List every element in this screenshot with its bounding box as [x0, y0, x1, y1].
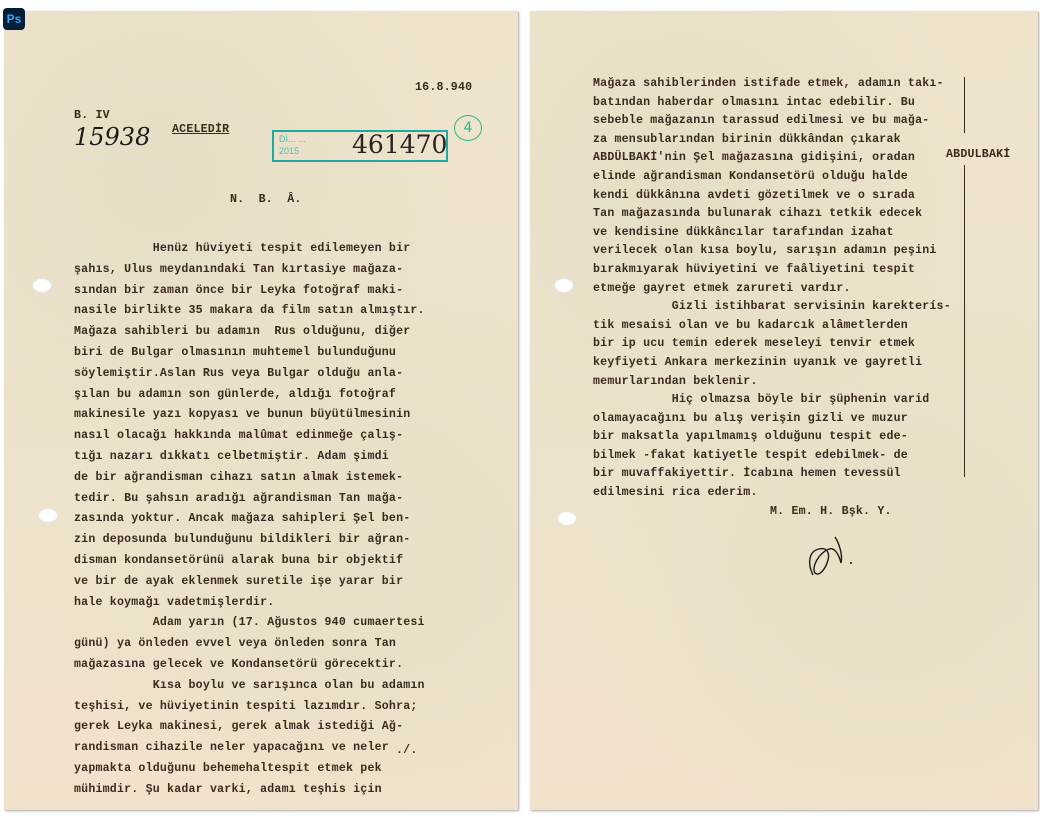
stamp-line-1: Dİ... ...	[279, 134, 306, 144]
text-line: sebeble mağazanın tarassud edilmesi ve b…	[593, 112, 951, 131]
text-line: za mensublarından birinin dükkândan çıka…	[593, 131, 951, 150]
text-line: ABDÜLBAKİ'nin Şel mağazasına gidişini, o…	[593, 149, 951, 168]
text-line: tik mesaisi olan ve bu kadarcık alâmetle…	[593, 317, 951, 336]
text-line: teşhisi, ve hüviyetinin tespiti lazımdır…	[74, 697, 425, 718]
text-line: keyfiyeti Ankara merkezinin uyanık ve ga…	[593, 354, 951, 373]
text-line: zin deposunda bulunduğunu bildikleri bir…	[74, 530, 425, 551]
text-line: tedir. Bu şahsın aradığı ağrandisman Tan…	[74, 489, 425, 510]
margin-note: ABDULBAKİ	[946, 148, 1010, 161]
text-line: bırakmıyarak hüviyetini ve faâliyetini t…	[593, 261, 951, 280]
text-line: bir maksatla yapılmamış olduğunu tespit …	[593, 428, 951, 447]
text-line: ve bir de ayak eklenmek suretile işe yar…	[74, 572, 425, 593]
text-line: bilmek -fakat katiyetle tespit edebilmek…	[593, 447, 951, 466]
text-line: Mağaza sahibleri bu adamın Rus olduğunu,…	[74, 322, 425, 343]
body-text: Mağaza sahiblerinden istifade etmek, ada…	[593, 75, 951, 503]
handwritten-file-number: 15938	[74, 123, 150, 151]
text-line: nasile birlikte 35 makara da film satın …	[74, 301, 425, 322]
text-line: makinesile yazı kopyası ve bunun büyütül…	[74, 405, 425, 426]
text-line: kendi dükkânına avdeti gözetilmek ve o s…	[593, 187, 951, 206]
text-line: yapmakta olduğunu behemehaltespit etmek …	[74, 759, 425, 780]
stamp-handwritten-number: 461470	[352, 130, 447, 159]
circled-page-number: 4	[454, 115, 482, 141]
text-line: nasıl olacağı hakkında malûmat edinmeğe …	[74, 426, 425, 447]
archive-stamp: Dİ... ... 2015 461470	[272, 130, 448, 162]
text-line: Adam yarın (17. Ağustos 940 cumaertesi	[74, 613, 425, 634]
photoshop-app-icon[interactable]: Ps	[3, 8, 25, 30]
document-page-1: 16.8.940 B. IV 15938 ACELEDİR Dİ... ... …	[4, 11, 518, 810]
text-line: gerek Leyka makinesi, gerek almak istedi…	[74, 717, 425, 738]
text-line: bir ip ucu temin ederek meseleyi tenvir …	[593, 335, 951, 354]
text-line: söylemiştir.Aslan Rus veya Bulgar olduğu…	[74, 364, 425, 385]
addressee: N. B. Â.	[230, 193, 302, 206]
text-line: memurlarından beklenir.	[593, 373, 951, 392]
text-line: biri de Bulgar olmasının muhtemel bulund…	[74, 343, 425, 364]
text-line: şahıs, Ulus meydanındaki Tan kırtasiye m…	[74, 260, 425, 281]
punch-hole	[38, 508, 58, 523]
margin-bracket-line	[964, 77, 965, 133]
text-line: şılan bu adamın son günlerde, aldığı fot…	[74, 385, 425, 406]
text-line: elinde ağrandisman Kondansetörü olduğu h…	[593, 168, 951, 187]
urgent-label: ACELEDİR	[172, 123, 229, 136]
text-line: bir muvaffakiyettir. İcabına hemen teves…	[593, 465, 951, 484]
text-line: mühimdir. Şu kadar varki, adamı teşhis i…	[74, 780, 425, 801]
text-line: günü) ya önleden evvel veya önleden sonr…	[74, 634, 425, 655]
text-line: edilmesini rica ederim.	[593, 484, 951, 503]
text-line: Henüz hüviyeti tespit edilemeyen bir	[74, 239, 425, 260]
text-line: olamayacağını bu alış verişin gizli ve m…	[593, 410, 951, 429]
signature-title: M. Em. H. Bşk. Y.	[770, 505, 892, 518]
document-date: 16.8.940	[415, 81, 472, 94]
margin-bracket-line	[964, 165, 965, 477]
text-line: Gizli istihbarat servisinin karekterís-	[593, 298, 951, 317]
stamp-line-2: 2015	[279, 146, 299, 156]
text-line: disman kondansetörünü alarak buna bir ob…	[74, 551, 425, 572]
text-line: Kısa boylu ve sarışınca olan bu adamın	[74, 676, 425, 697]
text-line: Hiç olmazsa böyle bir şüphenin varid	[593, 391, 951, 410]
text-line: de bir ağrandisman cihazı satın almak is…	[74, 468, 425, 489]
text-line: mağazasına gelecek ve Kondansetörü görec…	[74, 655, 425, 676]
text-line: Tan mağazasında bulunarak cihazı tetkik …	[593, 205, 951, 224]
reference-code: B. IV	[74, 109, 110, 122]
text-line: ve kendisine dükkâncılar tarafından izah…	[593, 224, 951, 243]
text-line: sından bir zaman önce bir Leyka fotoğraf…	[74, 281, 425, 302]
punch-hole	[557, 511, 577, 526]
continuation-mark: ./.	[396, 744, 417, 757]
text-line: hale koymağı vadetmişlerdir.	[74, 593, 425, 614]
body-text: Henüz hüviyeti tespit edilemeyen birşahı…	[74, 239, 425, 801]
text-line: batından haberdar olmasını intac edebili…	[593, 94, 951, 113]
punch-hole	[32, 278, 52, 293]
text-line: randisman cihazile neler yapacağını ve n…	[74, 738, 425, 759]
text-line: etmeğe gayret etmek zarureti vardır.	[593, 280, 951, 299]
text-line: zasında yoktur. Ancak mağaza sahipleri Ş…	[74, 509, 425, 530]
text-line: tığı nazarı dıkkatı celbetmiştir. Adam ş…	[74, 447, 425, 468]
text-line: verilecek olan kısa boylu, sarışın adamı…	[593, 242, 951, 261]
document-page-2: Mağaza sahiblerinden istifade etmek, ada…	[530, 11, 1038, 810]
text-line: Mağaza sahiblerinden istifade etmek, ada…	[593, 75, 951, 94]
punch-hole	[554, 278, 574, 293]
handwritten-signature	[805, 533, 865, 583]
